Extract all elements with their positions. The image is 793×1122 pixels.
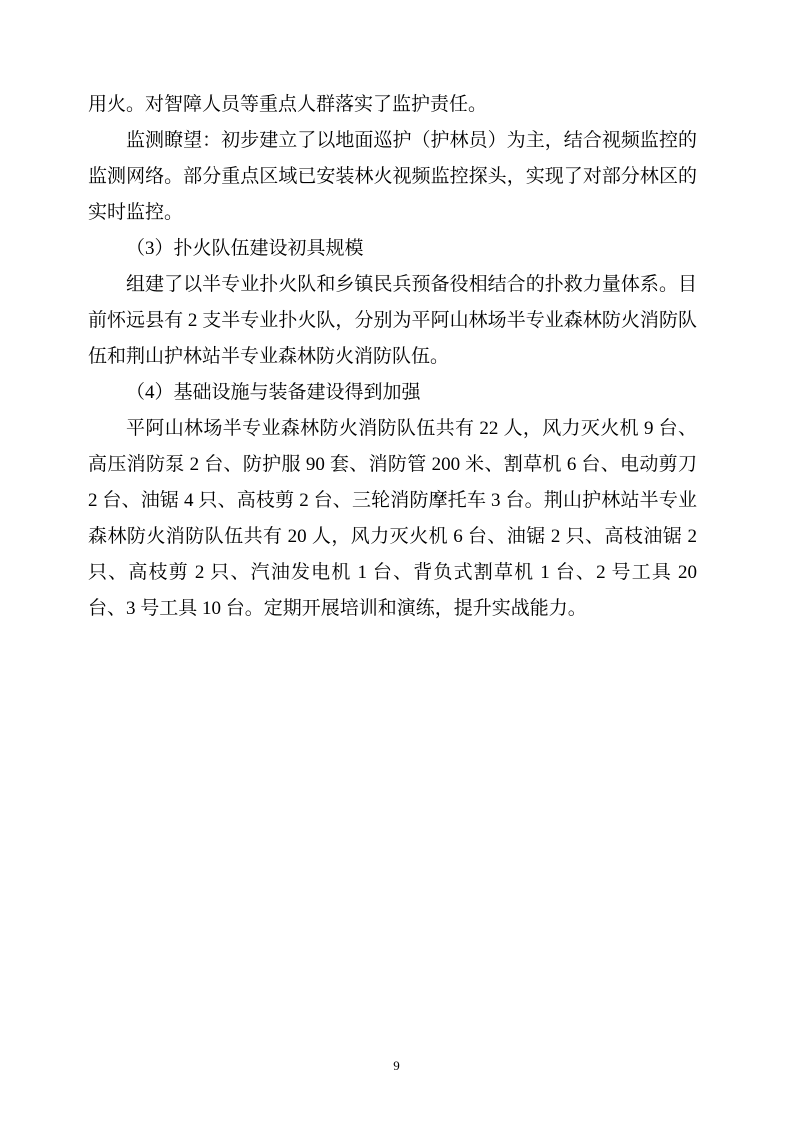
paragraph: 平阿山林场半专业森林防火消防队伍共有 22 人，风力灭火机 9 台、高压消防泵 …: [88, 411, 697, 627]
page-number: 9: [393, 1058, 400, 1073]
page-footer: 9: [0, 1056, 793, 1076]
paragraph: 组建了以半专业扑火队和乡镇民兵预备役相结合的扑救力量体系。目前怀远县有 2 支半…: [88, 267, 697, 375]
document-page: 用火。对智障人员等重点人群落实了监护责任。监测瞭望：初步建立了以地面巡护（护林员…: [0, 0, 793, 1122]
paragraph: 监测瞭望：初步建立了以地面巡护（护林员）为主，结合视频监控的监测网络。部分重点区…: [88, 123, 697, 231]
paragraph: （4）基础设施与装备建设得到加强: [88, 375, 697, 411]
paragraph: 用火。对智障人员等重点人群落实了监护责任。: [88, 87, 697, 123]
paragraph: （3）扑火队伍建设初具规模: [88, 231, 697, 267]
document-body: 用火。对智障人员等重点人群落实了监护责任。监测瞭望：初步建立了以地面巡护（护林员…: [88, 87, 697, 627]
